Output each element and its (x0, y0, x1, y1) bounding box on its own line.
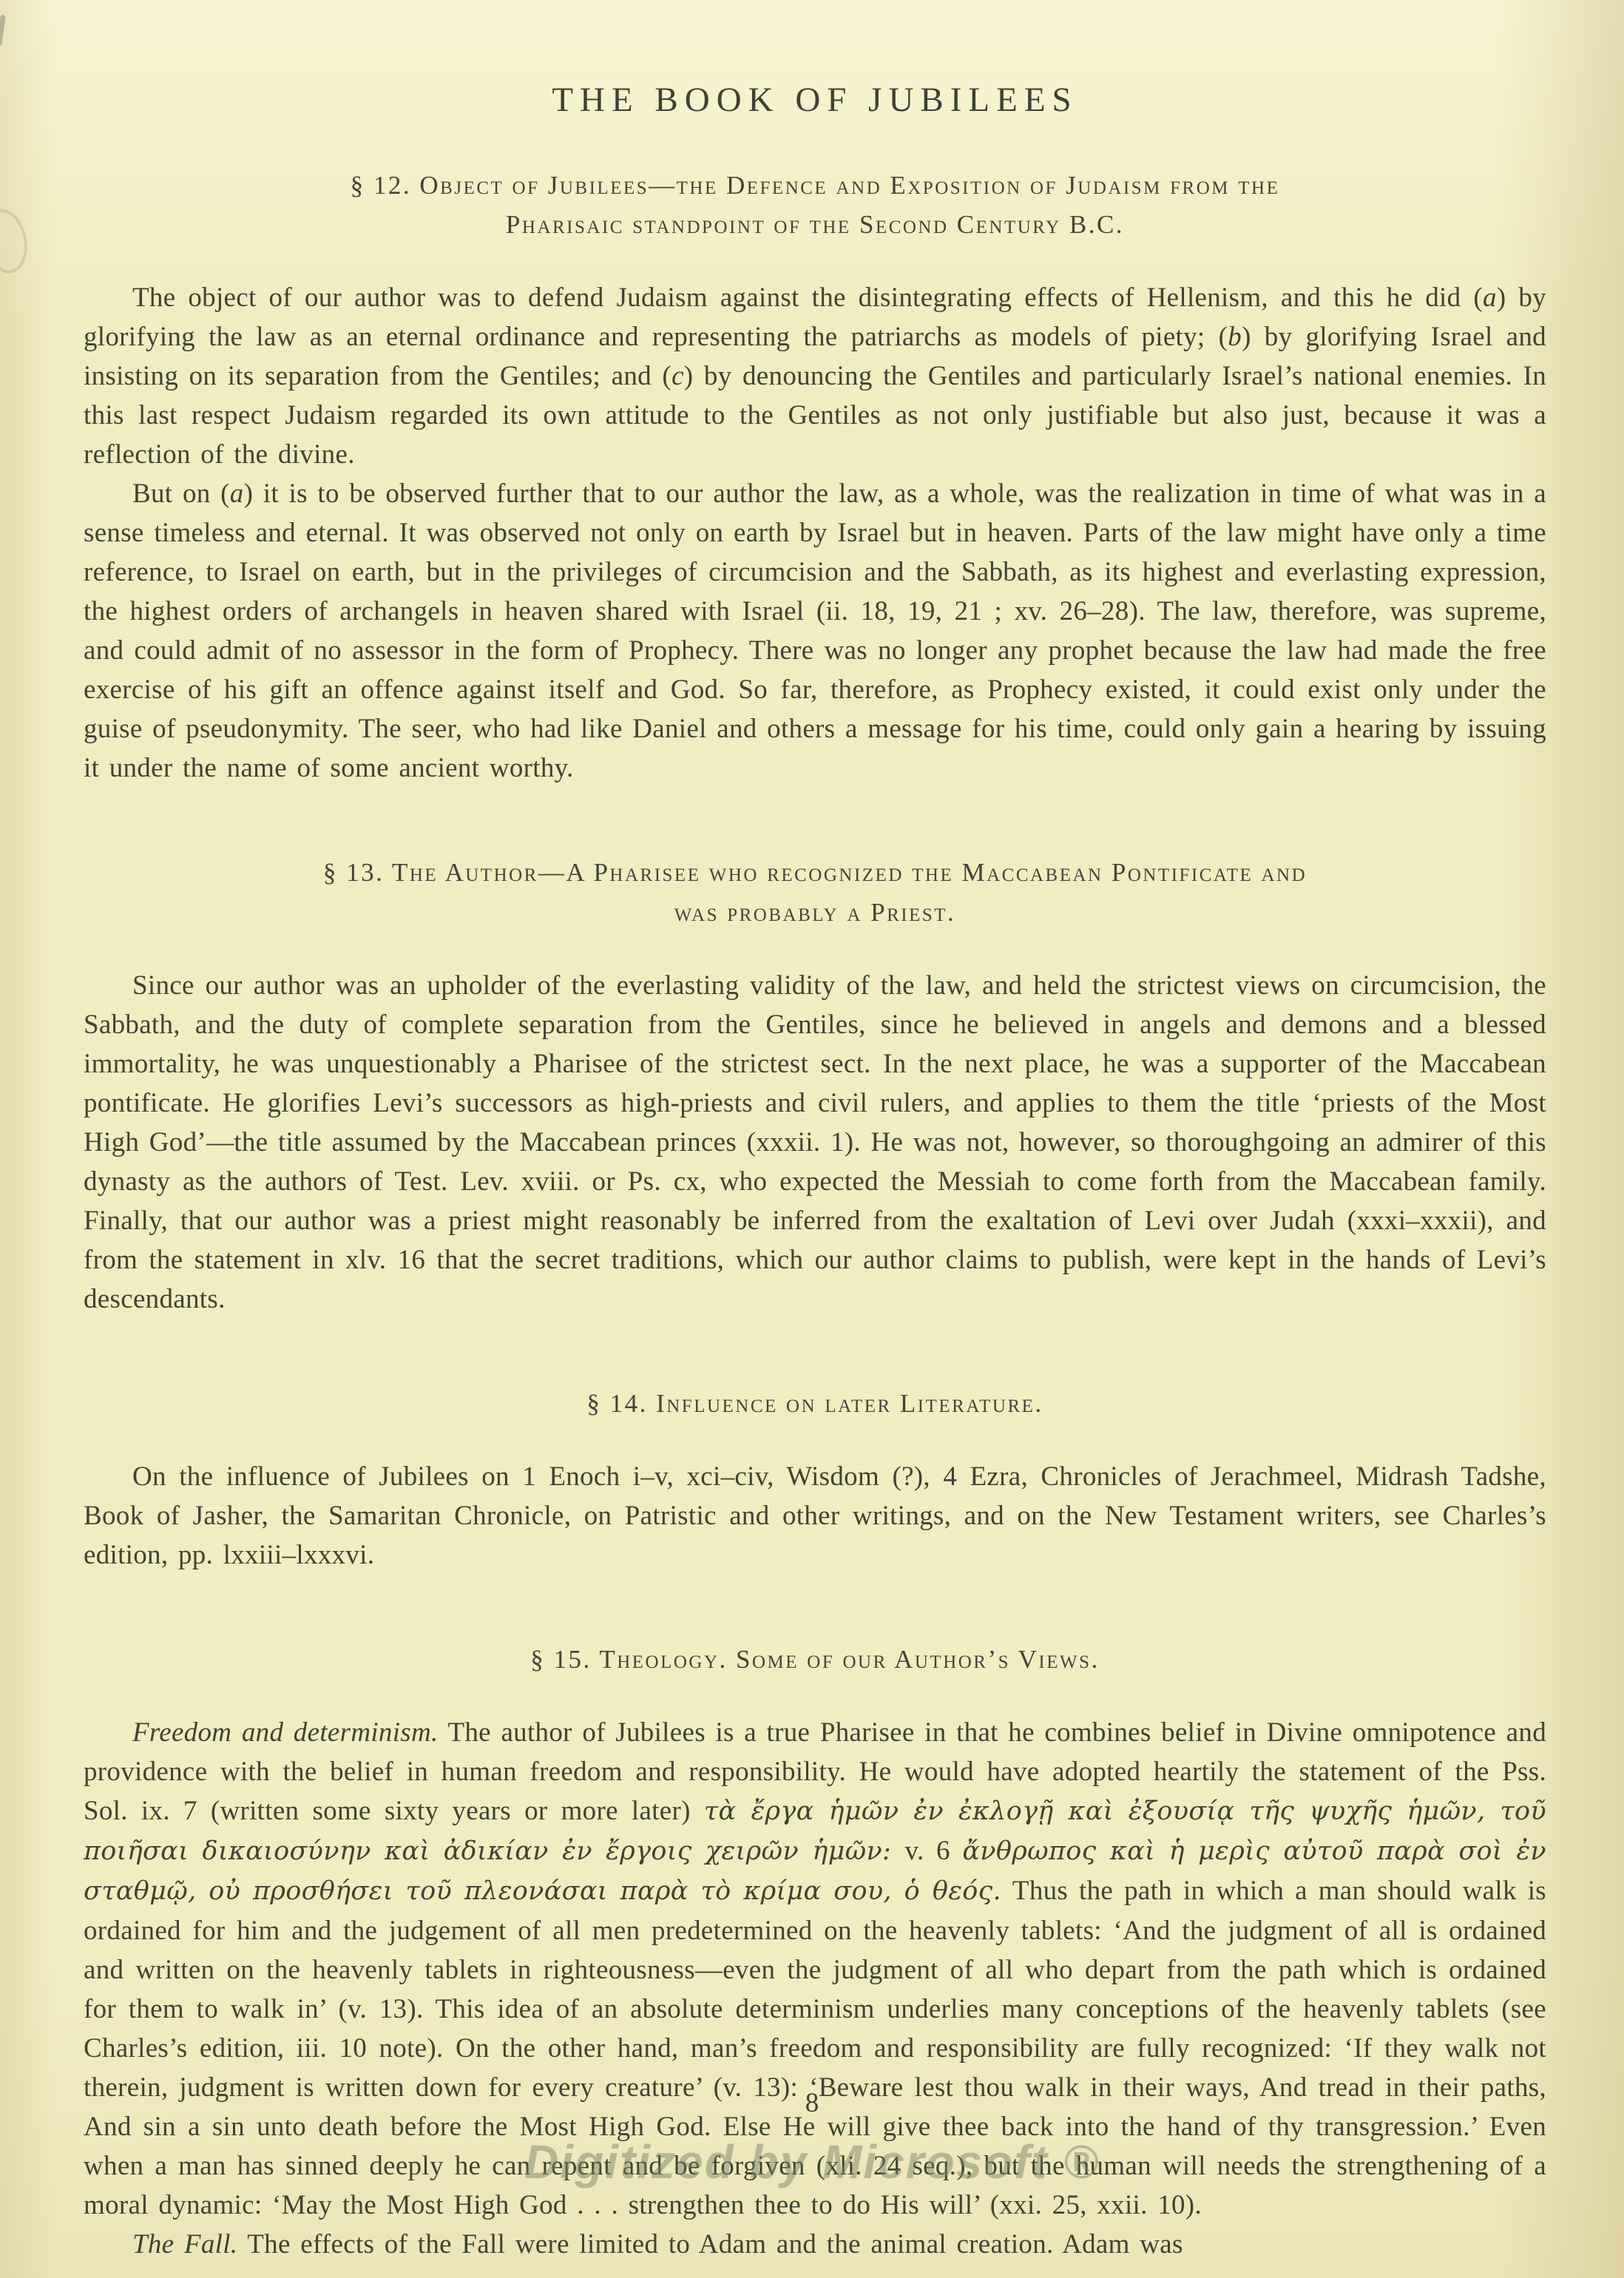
text-run: a (1483, 283, 1497, 313)
section-heading: § 15. Theology. Some of our Author’s Vie… (84, 1640, 1546, 1679)
section-heading: § 14. Influence on later Literature. (84, 1384, 1546, 1423)
paragraph: On the influence of Jubilees on 1 Enoch … (84, 1457, 1546, 1575)
section-heading-line: was probably a Priest. (84, 893, 1546, 932)
digitization-watermark: Digitized by Microsoft ® (0, 2135, 1624, 2189)
page-number: 8 (0, 2087, 1624, 2119)
section-heading: § 12. Object of Jubilees—the Defence and… (84, 166, 1546, 244)
section-heading-line: § 14. Influence on later Literature. (84, 1384, 1546, 1423)
page-content: THE BOOK OF JUBILEES § 12. Object of Jub… (84, 0, 1546, 2264)
text-run: But on ( (132, 479, 230, 509)
text-run: The effects of the Fall were limited to … (237, 2229, 1183, 2260)
section-13: § 13. The Author—A Pharisee who recogniz… (84, 853, 1546, 1318)
scan-edge-mark (0, 15, 6, 47)
text-run: a (230, 479, 244, 509)
text-run: c (671, 361, 684, 391)
pencil-mark (0, 205, 33, 277)
paragraph: Since our author was an upholder of the … (84, 966, 1546, 1319)
section-heading-line: § 12. Object of Jubilees—the Defence and… (84, 166, 1546, 205)
text-run: Freedom and determinism. (132, 1717, 439, 1748)
section-heading: § 13. The Author—A Pharisee who recogniz… (84, 853, 1546, 931)
text-run: v. 6 (905, 1836, 963, 1866)
page-title: THE BOOK OF JUBILEES (84, 80, 1546, 120)
section-14: § 14. Influence on later Literature. On … (84, 1384, 1546, 1575)
paragraph: But on (a) it is to be observed further … (84, 474, 1546, 788)
text-run: On the influence of Jubilees on 1 Enoch … (84, 1461, 1546, 1570)
text-run: The object of our author was to defend J… (132, 283, 1483, 313)
text-run: b (1228, 322, 1242, 352)
section-heading-line: § 15. Theology. Some of our Author’s Vie… (84, 1640, 1546, 1679)
section-heading-line: § 13. The Author—A Pharisee who recogniz… (84, 853, 1546, 892)
text-run: ) it is to be observed further that to o… (84, 479, 1546, 783)
text-run: Since our author was an upholder of the … (84, 970, 1546, 1314)
section-heading-line: Pharisaic standpoint of the Second Centu… (84, 205, 1546, 244)
text-run: The Fall. (132, 2229, 237, 2260)
book-page: { "page": { "running_title": "THE BOOK O… (0, 0, 1624, 2278)
paragraph: The Fall. The effects of the Fall were l… (84, 2225, 1546, 2264)
paragraph: The object of our author was to defend J… (84, 278, 1546, 474)
section-12: § 12. Object of Jubilees—the Defence and… (84, 166, 1546, 788)
